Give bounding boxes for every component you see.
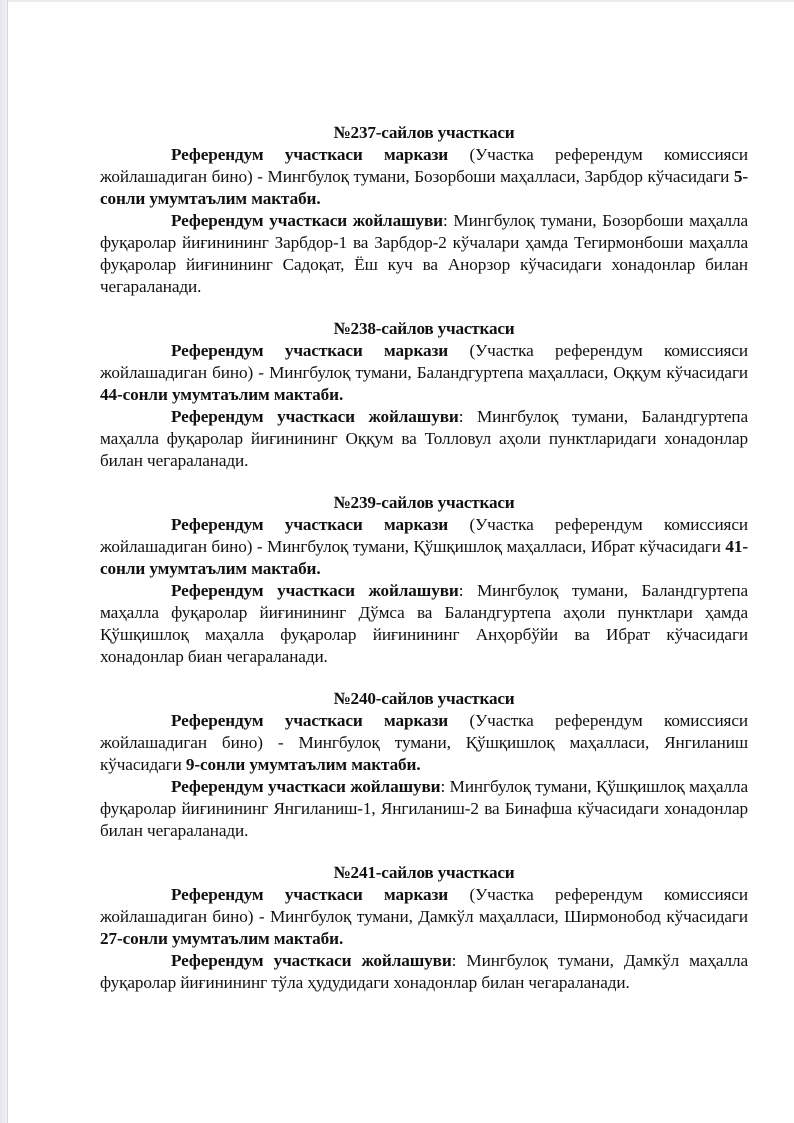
center-school: 9-сонли умумтаълим мактаби. [186,755,421,774]
center-label: Референдум участкаси маркази [171,711,448,730]
location-label: Референдум участкаси жойлашуви [171,777,440,796]
polling-station-237: №237-сайлов участкаси Референдум участка… [100,122,748,298]
section-title: №240-сайлов участкаси [100,688,748,710]
section-title: №237-сайлов участкаси [100,122,748,144]
section-title: №241-сайлов участкаси [100,862,748,884]
location-paragraph: Референдум участкаси жойлашуви: Мингбуло… [100,406,748,472]
center-paragraph: Референдум участкаси маркази (Участка ре… [100,514,748,580]
polling-station-241: №241-сайлов участкаси Референдум участка… [100,862,748,994]
polling-station-240: №240-сайлов участкаси Референдум участка… [100,688,748,842]
location-paragraph: Референдум участкаси жойлашуви: Мингбуло… [100,580,748,668]
center-label: Референдум участкаси маркази [171,515,448,534]
section-title: №239-сайлов участкаси [100,492,748,514]
center-school: 44-сонли умумтаълим мактаби. [100,385,343,404]
viewer-top-edge [0,0,794,2]
location-label: Референдум участкаси жойлашуви [171,951,452,970]
location-label: Референдум участкаси жойлашуви [171,211,443,230]
polling-station-239: №239-сайлов участкаси Референдум участка… [100,492,748,668]
viewer-left-edge [0,0,8,1123]
document-page: №237-сайлов участкаси Референдум участка… [100,122,748,1014]
section-title: №238-сайлов участкаси [100,318,748,340]
center-paragraph: Референдум участкаси маркази (Участка ре… [100,340,748,406]
center-paragraph: Референдум участкаси маркази (Участка ре… [100,884,748,950]
location-label: Референдум участкаси жойлашуви [171,581,459,600]
location-paragraph: Референдум участкаси жойлашуви: Мингбуло… [100,210,748,298]
center-label: Референдум участкаси маркази [171,885,448,904]
polling-station-238: №238-сайлов участкаси Референдум участка… [100,318,748,472]
center-school: 27-сонли умумтаълим мактаби. [100,929,343,948]
location-paragraph: Референдум участкаси жойлашуви: Мингбуло… [100,776,748,842]
location-paragraph: Референдум участкаси жойлашуви: Мингбуло… [100,950,748,994]
center-label: Референдум участкаси маркази [171,145,448,164]
center-paragraph: Референдум участкаси маркази (Участка ре… [100,144,748,210]
center-label: Референдум участкаси маркази [171,341,448,360]
center-paragraph: Референдум участкаси маркази (Участка ре… [100,710,748,776]
location-label: Референдум участкаси жойлашуви [171,407,459,426]
